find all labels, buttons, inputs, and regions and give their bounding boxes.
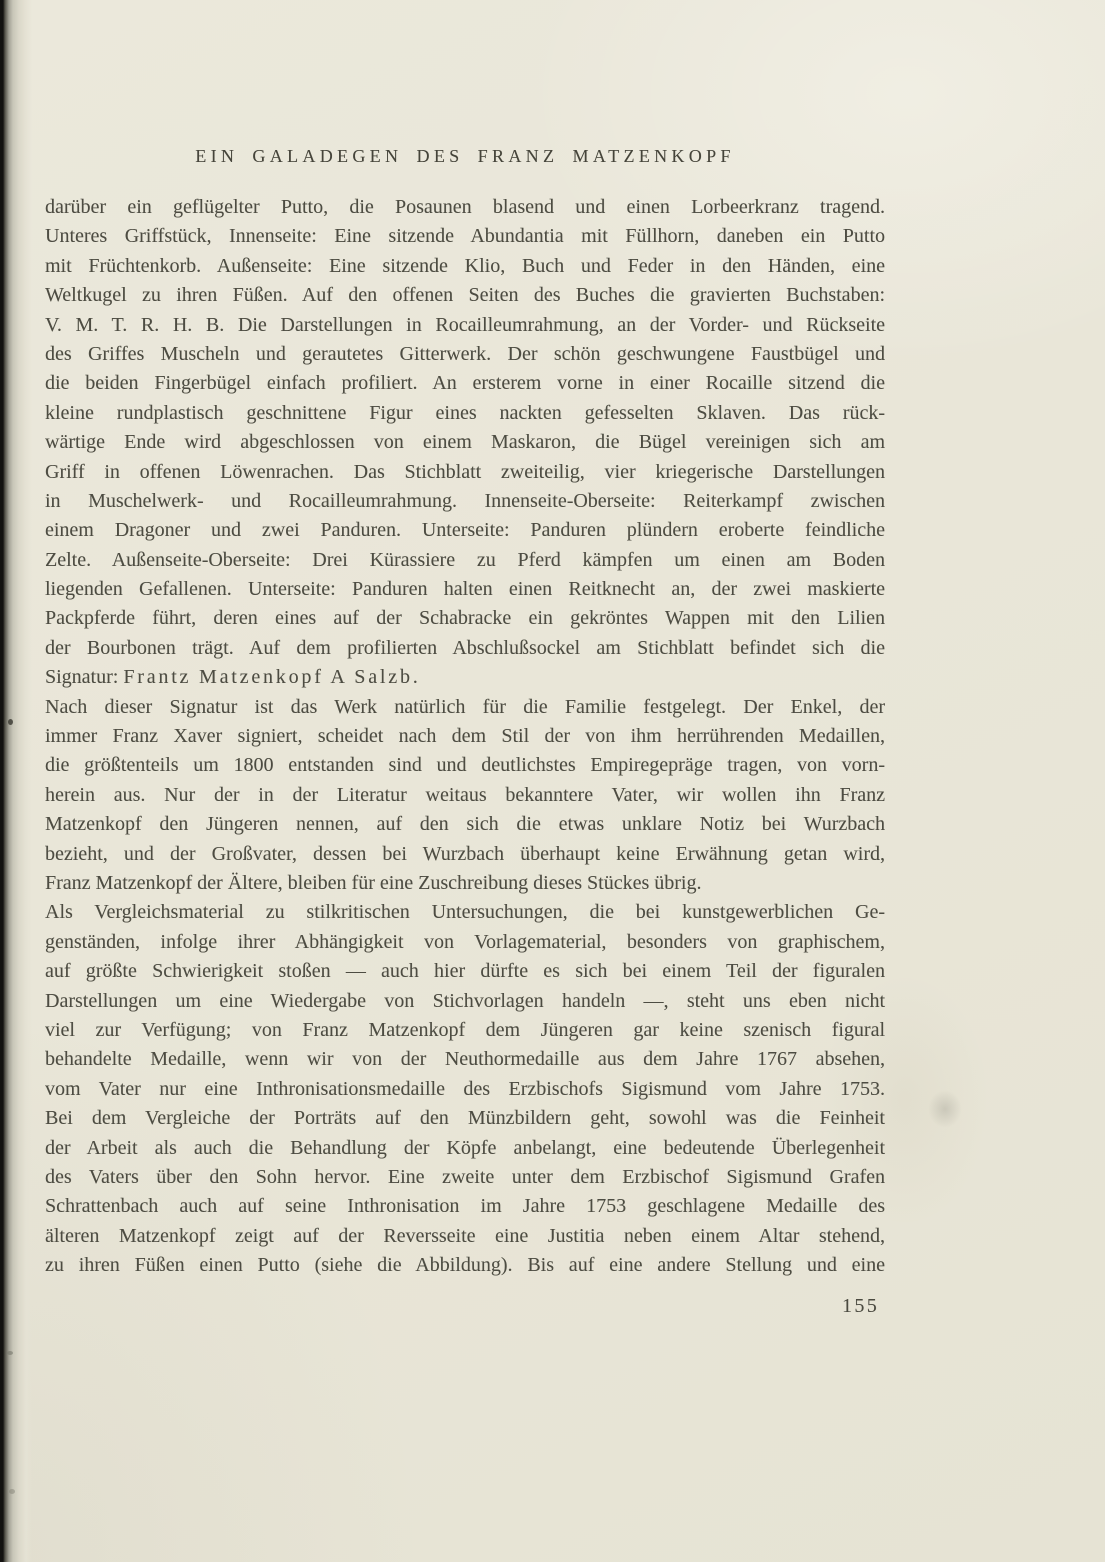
text-line: mit Früchtenkorb. Außenseite: Eine sitze…	[45, 252, 885, 281]
ink-speck	[9, 1489, 15, 1494]
text-line: immer Franz Xaver signiert, scheidet nac…	[45, 722, 885, 751]
body-text: darüber ein geflügelter Putto, die Posau…	[45, 193, 885, 1280]
text-line: bezieht, und der Großvater, dessen bei W…	[45, 840, 885, 869]
text-line: behandelte Medaille, wenn wir von der Ne…	[45, 1045, 885, 1074]
text-line: des Vaters über den Sohn hervor. Eine zw…	[45, 1163, 885, 1192]
text-line: in Muschelwerk- und Rocailleumrahmung. I…	[45, 487, 885, 516]
text-line: kleine rundplastisch geschnittene Figur …	[45, 399, 885, 428]
text-line: viel zur Verfügung; von Franz Matzenkopf…	[45, 1016, 885, 1045]
text-line: V. M. T. R. H. B. Die Darstellungen in R…	[45, 311, 885, 340]
text-line: vom Vater nur eine Inthronisationsmedail…	[45, 1075, 885, 1104]
text-line: Matzenkopf den Jüngeren nennen, auf den …	[45, 810, 885, 839]
signature-line: Signatur: Frantz Matzenkopf A Salzb.	[45, 663, 885, 692]
signature-label: Signatur:	[45, 666, 123, 688]
text-line: die größtenteils um 1800 entstanden sind…	[45, 751, 885, 780]
text-line: wärtige Ende wird abgeschlossen von eine…	[45, 428, 885, 457]
text-line: Packpferde führt, deren eines auf der Sc…	[45, 604, 885, 633]
text-line: der Arbeit als auch die Behandlung der K…	[45, 1134, 885, 1163]
text-line: auf größte Schwierigkeit stoßen — auch h…	[45, 957, 885, 986]
page-number: 155	[842, 1295, 879, 1318]
text-line: zu ihren Füßen einen Putto (siehe die Ab…	[45, 1251, 885, 1280]
text-line: Franz Matzenkopf der Ältere, bleiben für…	[45, 869, 885, 898]
signature-name: Frantz Matzenkopf A Salzb.	[123, 666, 420, 688]
text-line: die beiden Fingerbügel einfach profilier…	[45, 369, 885, 398]
text-line: einem Dragoner und zwei Panduren. Unters…	[45, 516, 885, 545]
page-title: EIN GALADEGEN DES FRANZ MATZENKOPF	[45, 146, 885, 167]
text-line: Bei dem Vergleiche der Porträts auf den …	[45, 1104, 885, 1133]
text-line: älteren Matzenkopf zeigt auf der Reverss…	[45, 1222, 885, 1251]
paper-stain	[928, 1090, 962, 1128]
text-line: Zelte. Außenseite-Oberseite: Drei Kürass…	[45, 546, 885, 575]
ink-speck	[8, 719, 13, 725]
text-line: genständen, infolge ihrer Abhängigkeit v…	[45, 928, 885, 957]
text-line: Unteres Griffstück, Innenseite: Eine sit…	[45, 222, 885, 251]
text-line: darüber ein geflügelter Putto, die Posau…	[45, 193, 885, 222]
text-line: Schrattenbach auch auf seine Inthronisat…	[45, 1192, 885, 1221]
page-gutter-shadow	[0, 0, 32, 1562]
text-line: Nach dieser Signatur ist das Werk natürl…	[45, 693, 885, 722]
text-line: der Bourbonen trägt. Auf dem profilierte…	[45, 634, 885, 663]
text-line: Darstellungen um eine Wiedergabe von Sti…	[45, 987, 885, 1016]
text-line: herein aus. Nur der in der Literatur wei…	[45, 781, 885, 810]
text-line: Weltkugel zu ihren Füßen. Auf den offene…	[45, 281, 885, 310]
text-line: liegenden Gefallenen. Unterseite: Pandur…	[45, 575, 885, 604]
text-line: Griff in offenen Löwenrachen. Das Stichb…	[45, 458, 885, 487]
text-line: des Griffes Muscheln und gerautetes Gitt…	[45, 340, 885, 369]
ink-speck	[7, 1351, 13, 1355]
text-line: Als Vergleichsmaterial zu stilkritischen…	[45, 898, 885, 927]
book-page-scan: EIN GALADEGEN DES FRANZ MATZENKOPF darüb…	[0, 0, 1105, 1562]
